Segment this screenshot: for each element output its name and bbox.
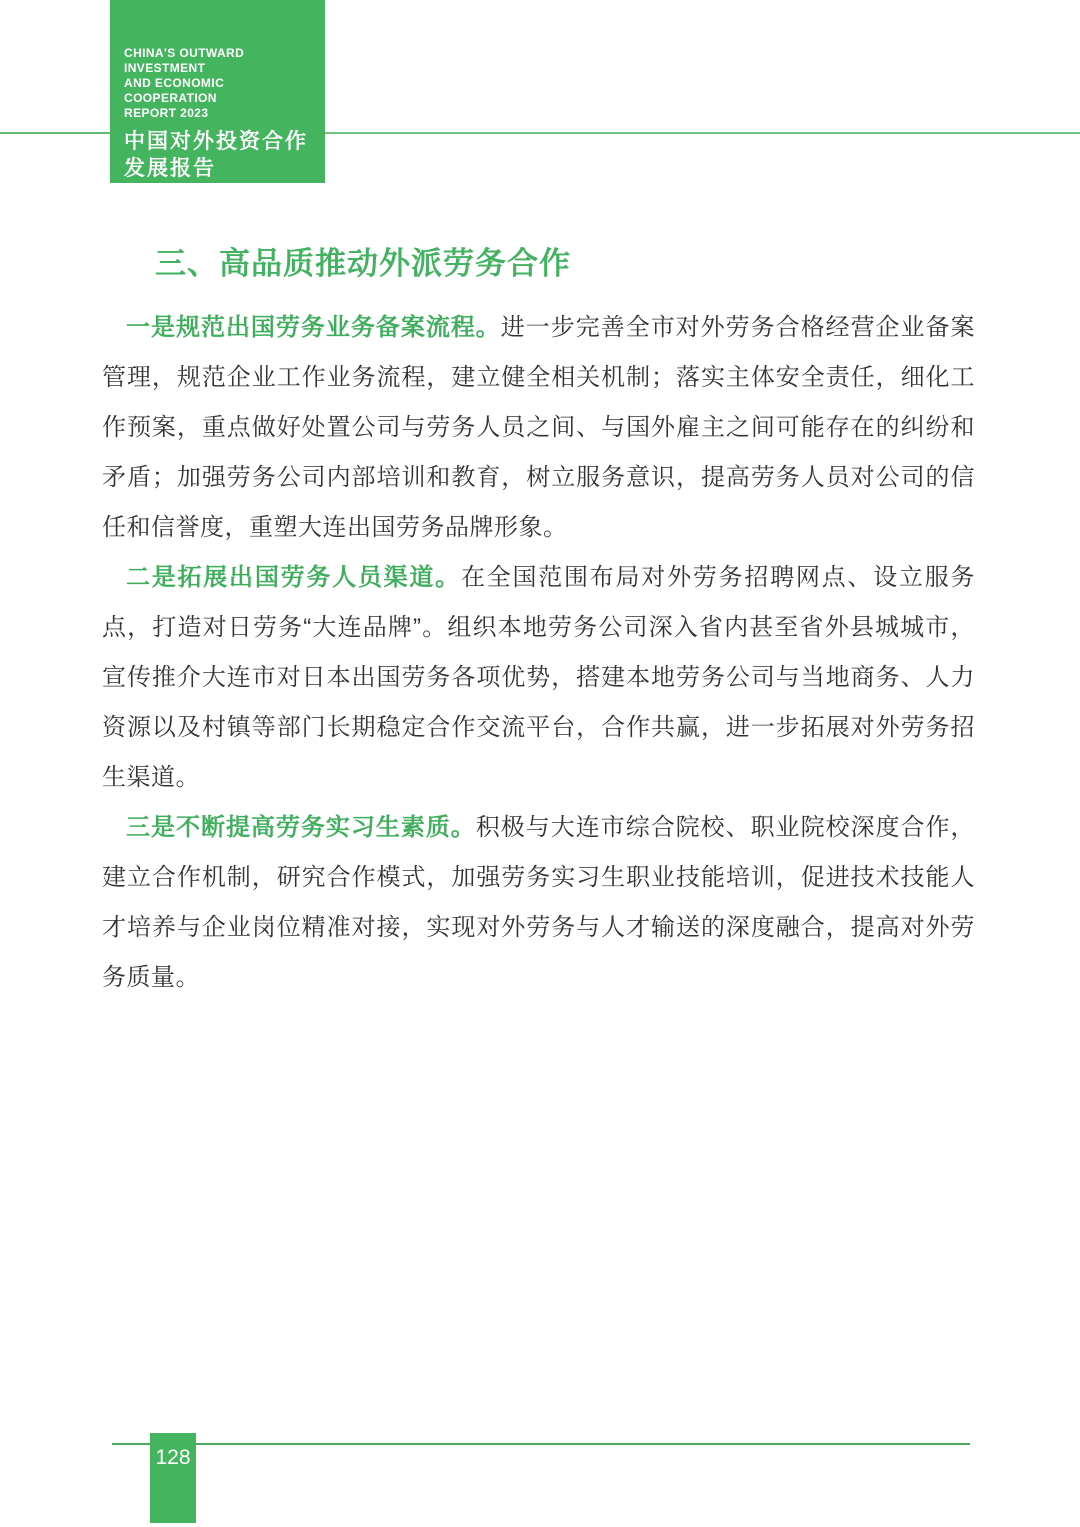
report-banner: CHINA'S OUTWARD INVESTMENT AND ECONOMIC … xyxy=(110,0,325,183)
page-number: 128 xyxy=(150,1446,196,1470)
report-title-chinese: 中国对外投资合作 发展报告 xyxy=(124,128,315,182)
paragraph-lead: 二是拓展出国劳务人员渠道。 xyxy=(126,564,461,591)
footer-rule xyxy=(112,1443,970,1445)
paragraph-text: 进一步完善全市对外劳务合格经营企业备案管理，规范企业工作业务流程，建立健全相关机… xyxy=(102,314,975,541)
report-year: 2023 xyxy=(124,184,315,218)
document-page: { "page": { "background": "#ffffff", "ac… xyxy=(0,0,1080,1527)
report-title-chinese-line1: 中国对外投资合作 xyxy=(124,128,315,155)
body-text: 一是规范出国劳务业务备案流程。进一步完善全市对外劳务合格经营企业备案管理，规范企… xyxy=(102,303,975,1003)
report-title-english: CHINA'S OUTWARD INVESTMENT AND ECONOMIC … xyxy=(124,46,315,121)
paragraph-lead: 三是不断提高劳务实习生素质。 xyxy=(126,814,476,841)
report-title-english-line1: CHINA'S OUTWARD INVESTMENT xyxy=(124,46,315,76)
report-title-english-line3: REPORT 2023 xyxy=(124,106,315,121)
page-number-badge: 128 xyxy=(150,1433,196,1523)
paragraph-text: 在全国范围布局对外劳务招聘网点、设立服务点，打造对日劳务“大连品牌”。组织本地劳… xyxy=(102,564,975,791)
paragraph-lead: 一是规范出国劳务业务备案流程。 xyxy=(126,314,501,341)
paragraph: 三是不断提高劳务实习生素质。积极与大连市综合院校、职业院校深度合作，建立合作机制… xyxy=(102,803,975,1003)
paragraph: 一是规范出国劳务业务备案流程。进一步完善全市对外劳务合格经营企业备案管理，规范企… xyxy=(102,303,975,553)
header-rule-left xyxy=(0,132,110,134)
paragraph: 二是拓展出国劳务人员渠道。在全国范围布局对外劳务招聘网点、设立服务点，打造对日劳… xyxy=(102,553,975,803)
report-title-english-line2: AND ECONOMIC COOPERATION xyxy=(124,76,315,106)
report-title-chinese-line2: 发展报告 xyxy=(124,155,315,182)
